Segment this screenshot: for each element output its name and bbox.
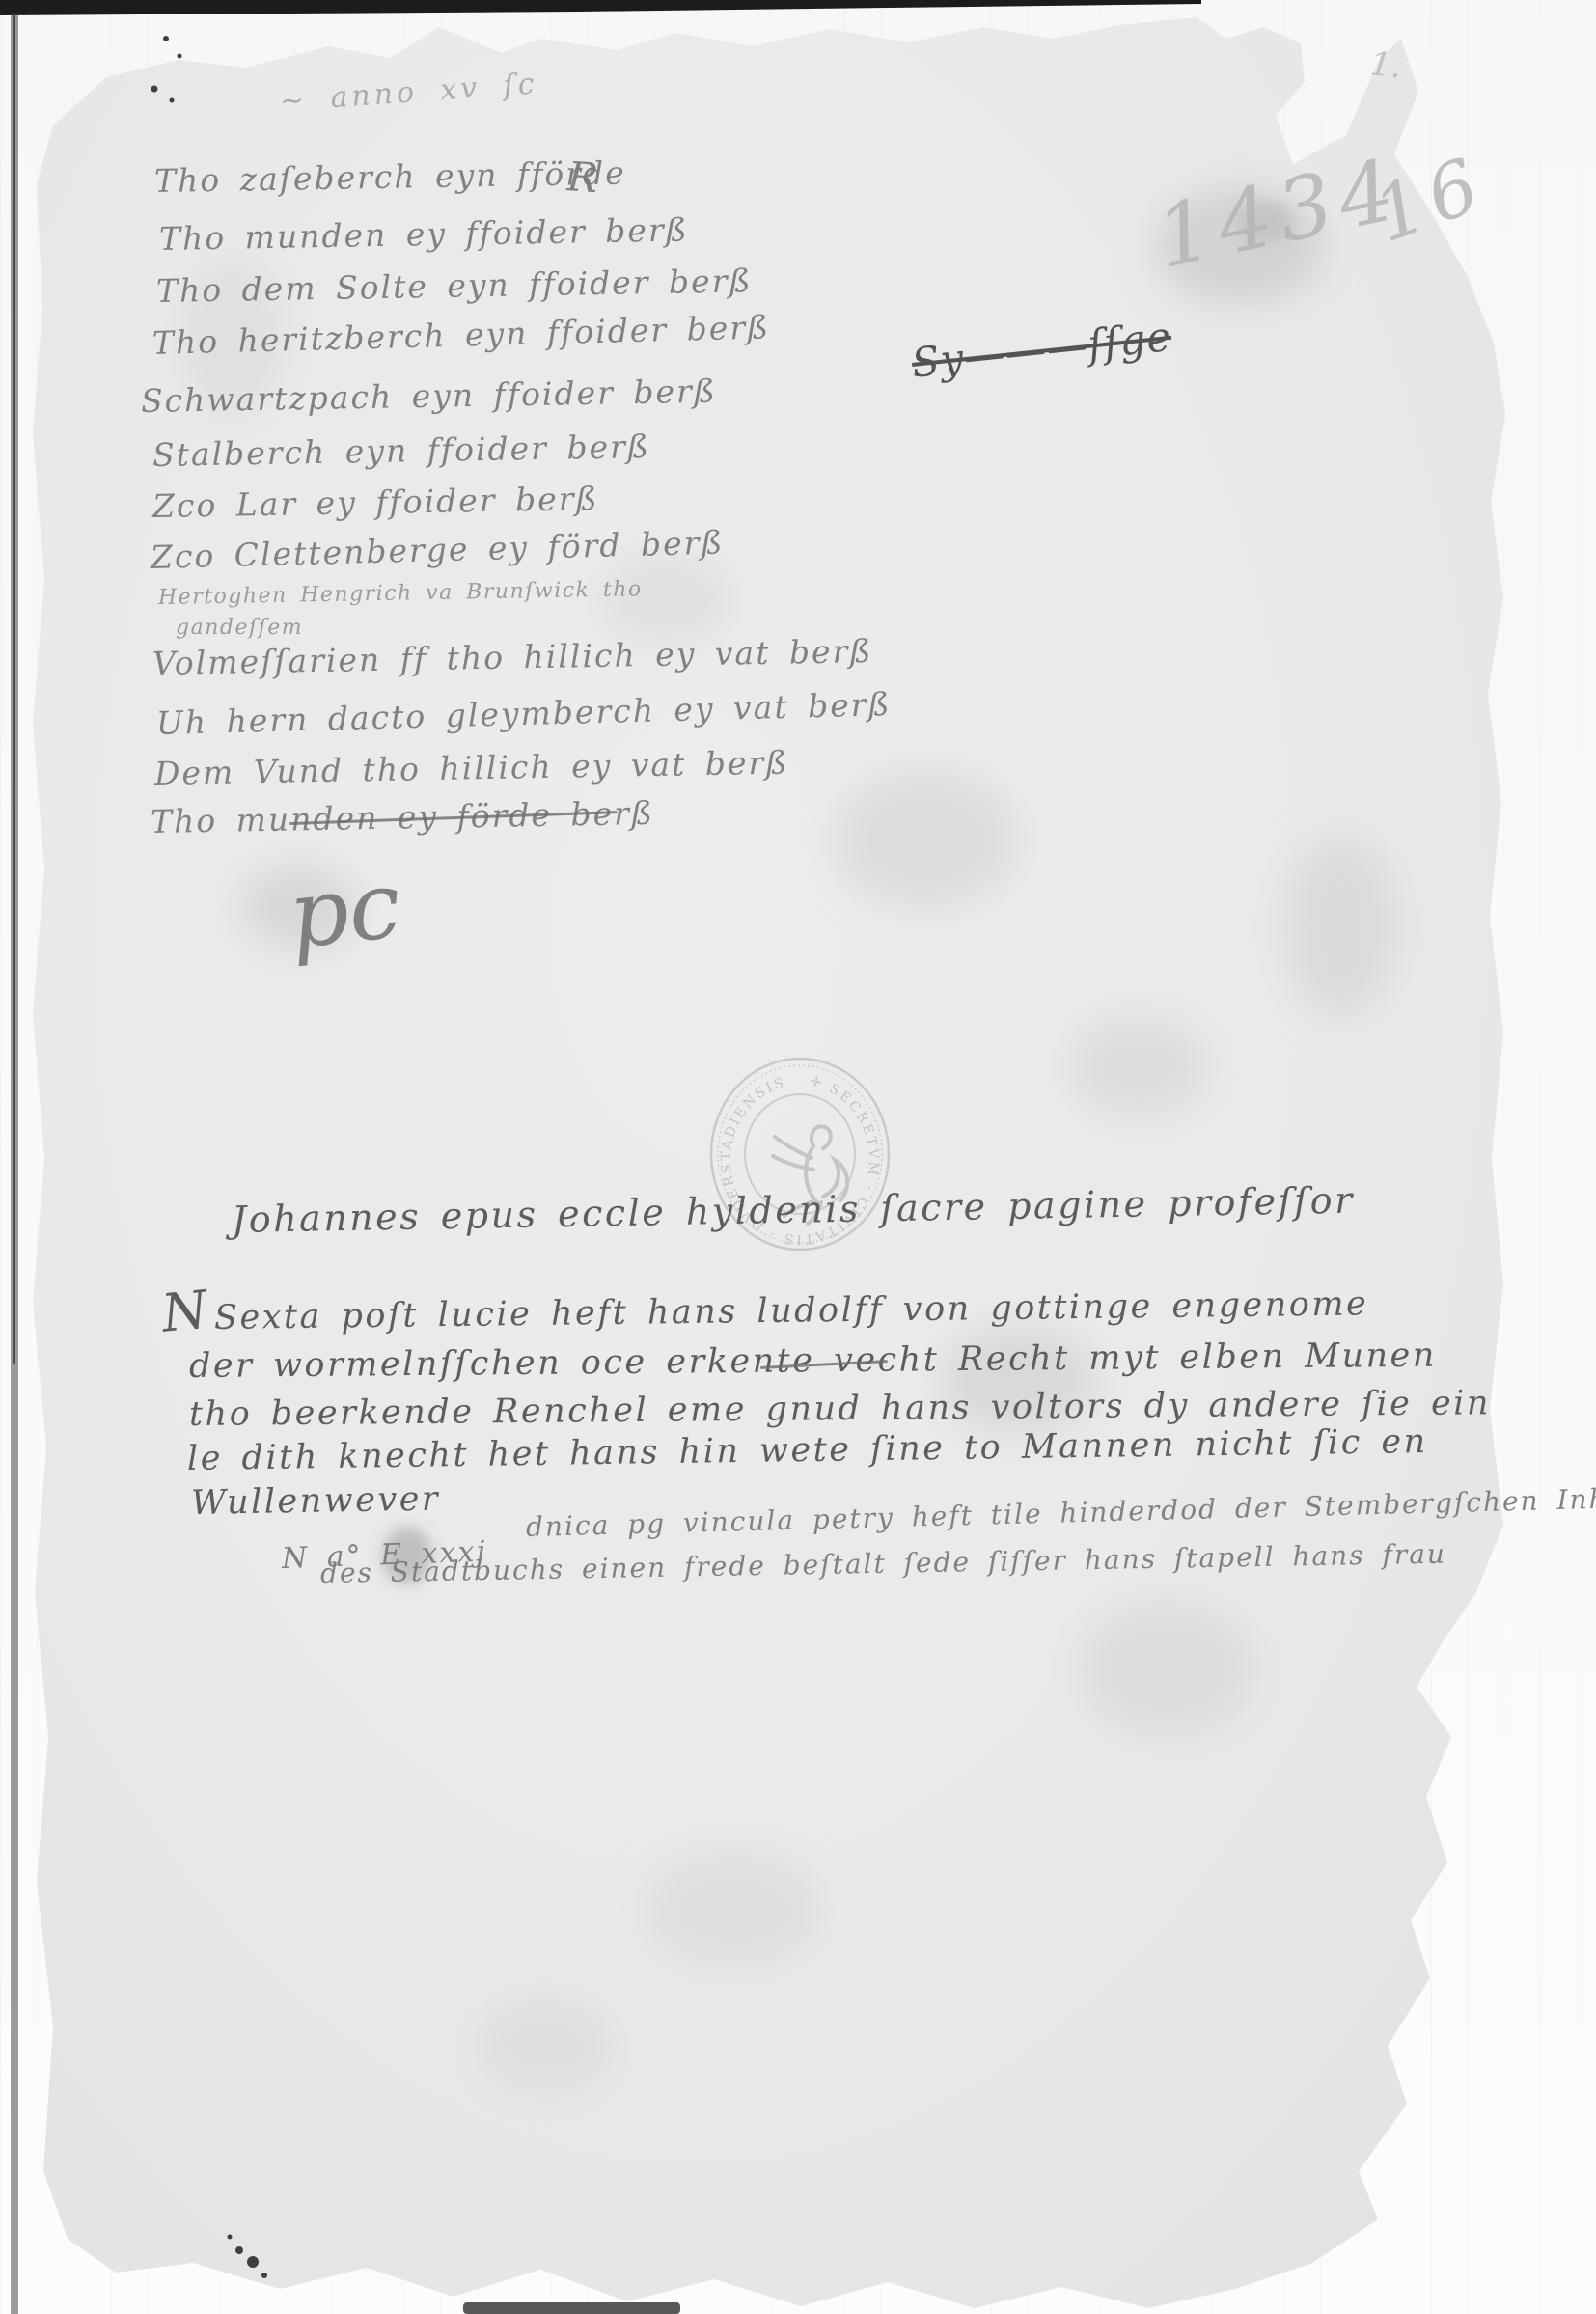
handwriting-line: 1.: [1368, 44, 1403, 86]
handwriting-line: Uh hern dacto gleymberch ey vat berß: [155, 685, 892, 742]
handwriting-line: dnica pg vincula petry heft tile hinderd…: [526, 1482, 1596, 1543]
handwriting-line: Zco Lar ey ffoider berß: [152, 480, 599, 525]
handwriting-line: Zco Clettenberge ey förd berß: [150, 523, 724, 576]
handwriting-line: N: [159, 1279, 213, 1344]
handwriting-line: Tho heritzberch eyn ffoider berß: [151, 308, 770, 362]
handwriting-line: gandeſſem: [176, 616, 303, 640]
handwriting-line: Dem Vund tho hillich ey vat berß: [154, 744, 789, 792]
scanned-page: ✛ SECRETVM · CIVITATIS · DVDERSTADIENSIS…: [0, 0, 1596, 2314]
handwriting-line: Wullenwever: [191, 1479, 441, 1522]
handwriting-line: pc: [284, 850, 405, 969]
handwriting-line: Schwartzpach eyn ffoider berß: [141, 372, 717, 420]
handwriting-line: R: [565, 152, 601, 202]
handwriting-line: Johannes epus eccle hyldenis ſacre pagin…: [232, 1179, 1355, 1241]
handwriting-line: Sexta poſt lucie heft hans ludolff von g…: [214, 1284, 1369, 1337]
handwriting-line: Tho munden ey ffoider berß: [159, 210, 689, 258]
handwriting-line: Tho dem Solte eyn ffoider berß: [156, 262, 753, 310]
handwriting-line: der wormelnſſchen oce erkente vecht Rech…: [189, 1336, 1437, 1386]
handwriting-line: 1434: [1147, 139, 1410, 288]
manuscript-scan: { "document": { "kind": "medieval manusc…: [0, 0, 1596, 2314]
handwriting-line: ~ anno xv ſc: [279, 67, 539, 119]
handwriting-line: Tho zaſeberch eyn fförde: [154, 153, 626, 200]
handwriting-line: Hertoghen Hengrich va Brunſwick tho: [158, 577, 643, 610]
handwriting-line: Sy———ſſge: [909, 313, 1173, 387]
handwriting-line: des Stadtbuchs einen frede beſtalt ſede …: [320, 1538, 1446, 1589]
handwriting-line: Stalberch eyn ffoider berß: [152, 427, 651, 474]
handwriting-layer: ~ anno xv ſcTho zaſeberch eyn ffördeRTho…: [0, 0, 1596, 2314]
